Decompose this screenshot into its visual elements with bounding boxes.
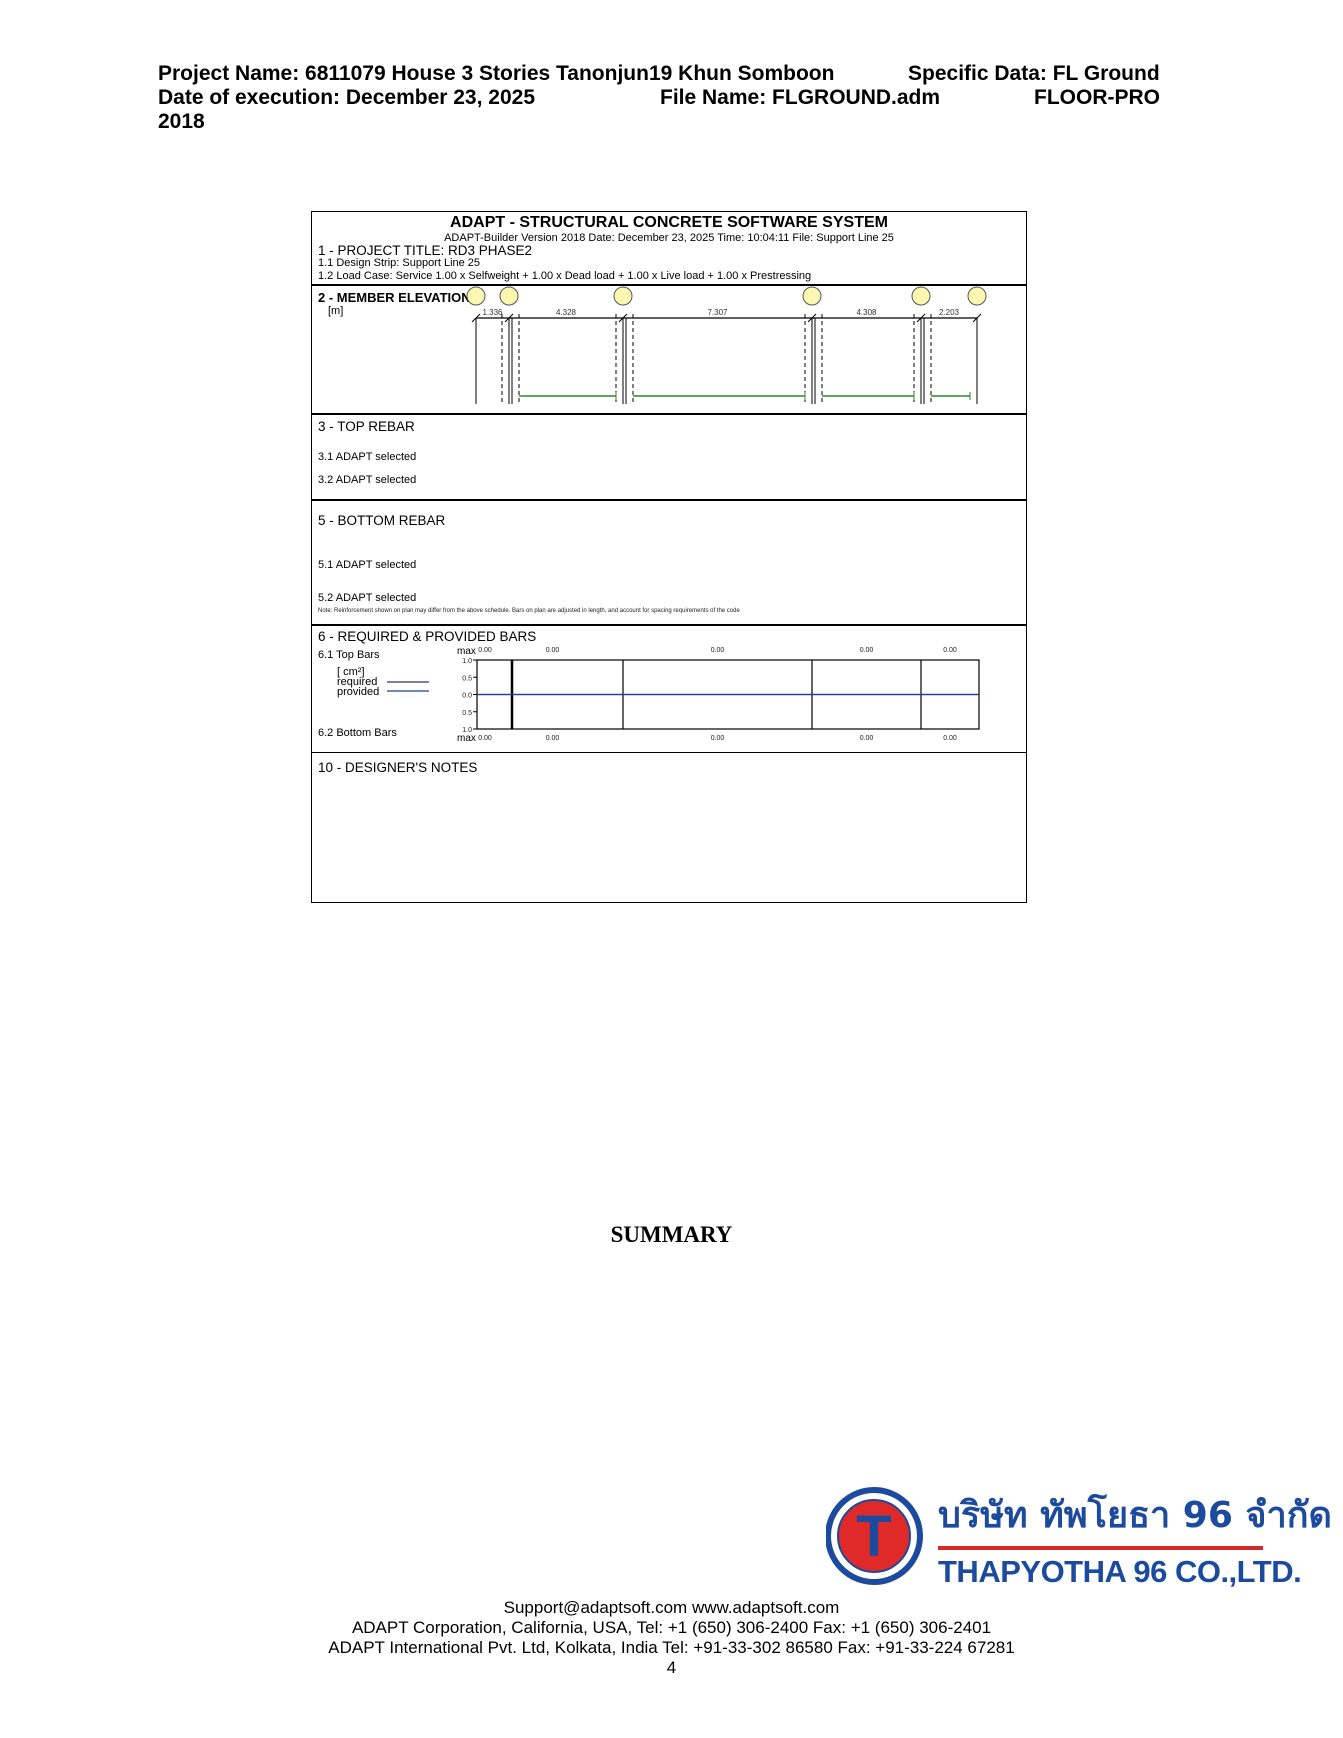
- company-logo: T บริษัท ทัพโยธา 96 จำกัด THAPYOTHA 96 C…: [826, 1478, 1266, 1596]
- svg-text:max: max: [457, 646, 476, 657]
- footer-support: Support@adaptsoft.com www.adaptsoft.com: [0, 1598, 1343, 1618]
- header-date: Date of execution: December 23, 2025: [158, 86, 535, 110]
- top-rebar-heading: 3 - TOP REBAR: [318, 419, 415, 434]
- designer-notes-heading: 10 - DESIGNER'S NOTES: [318, 760, 477, 775]
- member-elevation-drawing: 1.3364.3287.3074.3082.203: [312, 284, 1028, 413]
- svg-text:0.00: 0.00: [860, 735, 874, 742]
- section-top-rebar: 3 - TOP REBAR 3.1 ADAPT selected 3.2 ADA…: [312, 413, 1026, 501]
- company-thai-name: บริษัท ทัพโยธา 96 จำกัด: [938, 1486, 1332, 1543]
- footer-adapt-usa: ADAPT Corporation, California, USA, Tel:…: [0, 1618, 1343, 1638]
- header-program: FLOOR-PRO: [1034, 86, 1160, 110]
- svg-text:T: T: [856, 1504, 891, 1569]
- svg-text:0.00: 0.00: [943, 647, 957, 654]
- project-title: 1 - PROJECT TITLE: RD3 PHASE2: [318, 243, 532, 258]
- svg-text:0.00: 0.00: [711, 735, 725, 742]
- svg-text:0.00: 0.00: [860, 647, 874, 654]
- header-version: 2018: [158, 110, 205, 134]
- report-frame: ADAPT - STRUCTURAL CONCRETE SOFTWARE SYS…: [311, 211, 1027, 903]
- load-case: 1.2 Load Case: Service 1.00 x Selfweight…: [318, 270, 811, 282]
- svg-text:0.00: 0.00: [711, 647, 725, 654]
- svg-text:0.00: 0.00: [943, 735, 957, 742]
- summary-heading: SUMMARY: [0, 1222, 1343, 1248]
- svg-text:0.0: 0.0: [462, 693, 472, 700]
- svg-text:0.5: 0.5: [462, 710, 472, 717]
- report-title: ADAPT - STRUCTURAL CONCRETE SOFTWARE SYS…: [312, 214, 1026, 232]
- top-rebar-item-2: 3.2 ADAPT selected: [318, 474, 416, 486]
- svg-text:2.203: 2.203: [939, 308, 960, 317]
- section-bottom-rebar: 5 - BOTTOM REBAR 5.1 ADAPT selected 5.2 …: [312, 499, 1026, 626]
- required-provided-bars-chart: 1.00.50.00.51.0maxmax0.000.000.000.000.0…: [312, 624, 1028, 752]
- svg-text:0.00: 0.00: [546, 735, 560, 742]
- svg-text:0.00: 0.00: [478, 735, 492, 742]
- svg-text:0.00: 0.00: [546, 647, 560, 654]
- svg-text:7.307: 7.307: [707, 308, 728, 317]
- footer-page-number: 4: [0, 1658, 1343, 1678]
- section-project: ADAPT - STRUCTURAL CONCRETE SOFTWARE SYS…: [312, 212, 1026, 286]
- bottom-rebar-note: Note: Reinforcement shown on plan may di…: [318, 608, 740, 614]
- svg-text:0.00: 0.00: [478, 647, 492, 654]
- footer-adapt-india: ADAPT International Pvt. Ltd, Kolkata, I…: [0, 1638, 1343, 1658]
- svg-text:4.328: 4.328: [556, 308, 577, 317]
- design-strip: 1.1 Design Strip: Support Line 25: [318, 257, 480, 269]
- bottom-rebar-item-1: 5.1 ADAPT selected: [318, 559, 416, 571]
- header-specific-data: Specific Data: FL Ground: [908, 62, 1160, 86]
- header-project-name: Project Name: 6811079 House 3 Stories Ta…: [158, 62, 834, 86]
- svg-text:max: max: [457, 733, 476, 744]
- svg-text:0.5: 0.5: [462, 675, 472, 682]
- section-member-elevation: 2 - MEMBER ELEVATION [m] 1.3364.3287.307…: [312, 284, 1026, 415]
- bottom-rebar-item-2: 5.2 ADAPT selected: [318, 592, 416, 604]
- top-rebar-item-1: 3.1 ADAPT selected: [318, 451, 416, 463]
- bottom-rebar-heading: 5 - BOTTOM REBAR: [318, 513, 445, 528]
- svg-text:4.308: 4.308: [856, 308, 877, 317]
- header-file-name: File Name: FLGROUND.adm: [660, 86, 940, 110]
- section-required-provided-bars: 6 - REQUIRED & PROVIDED BARS 6.1 Top Bar…: [312, 624, 1026, 753]
- svg-text:1.0: 1.0: [462, 658, 472, 665]
- svg-text:1.336: 1.336: [482, 308, 503, 317]
- company-english-name: THAPYOTHA 96 CO.,LTD.: [938, 1554, 1301, 1590]
